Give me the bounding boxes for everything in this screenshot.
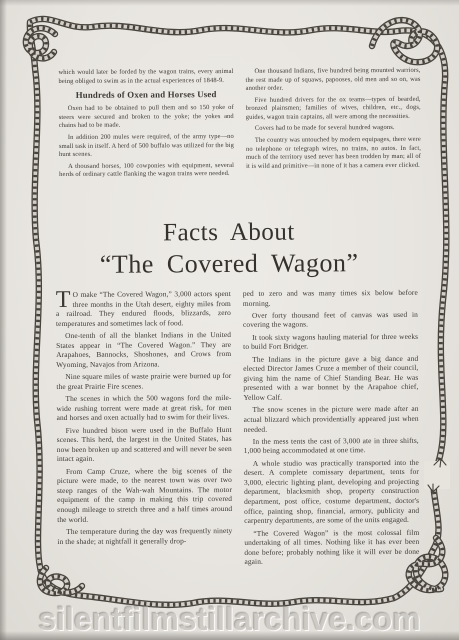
- rope-knot-bottom-left: [40, 568, 82, 593]
- rope-border-illustration: [0, 0, 459, 640]
- rope-main-loop: [30, 19, 446, 605]
- rope-knot-bottom-right: [409, 538, 446, 590]
- rope-knot-top-right: [372, 20, 437, 62]
- rope-knot-top-left: [26, 28, 55, 58]
- watermark: silentfilmstillarchive.com: [0, 601, 459, 638]
- scanned-program-page: which would later be forded by the wagon…: [0, 0, 459, 640]
